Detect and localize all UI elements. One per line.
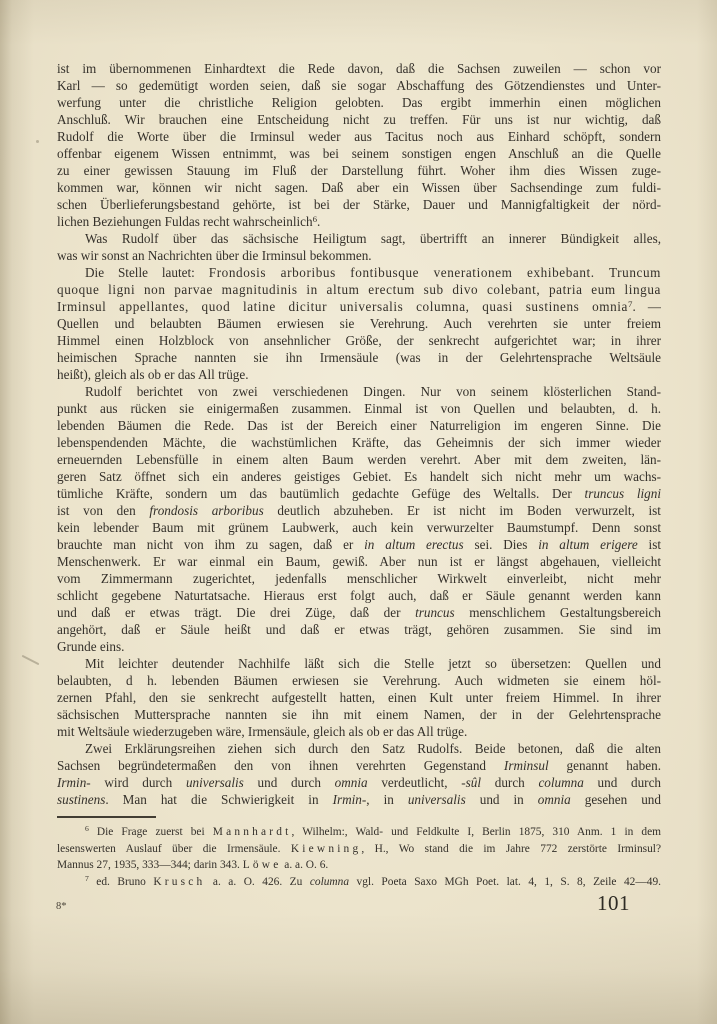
text-segment: Krusch <box>153 876 205 888</box>
text-line: Anschluß. Wir brauchen eine Entscheidung… <box>57 111 661 128</box>
text-segment: columna <box>538 775 583 790</box>
text-segment: werfung unter die christliche Religion g… <box>57 95 661 110</box>
text-segment: a. a. O. 426. Zu <box>205 876 309 888</box>
text-segment: ist im übernommenen Einhardtext die Rede… <box>57 61 661 76</box>
text-segment: lesenswerten Auslauf über die Irmensäule… <box>57 843 291 855</box>
text-segment: zernen Pfahl, den sie senkrecht aufgeste… <box>57 690 661 705</box>
text-segment: Irmin- <box>57 775 91 790</box>
text-segment: lebenspendenden Mächte, die wachstümlich… <box>57 435 661 450</box>
text-segment: ist <box>638 537 661 552</box>
text-segment: Mit leichter deutender Nachhilfe läßt si… <box>85 656 661 671</box>
text-segment: , Wilhelm:, Wald- und Feldkulte I, Berli… <box>291 826 661 838</box>
text-segment: sächsischen Muttersprache nannten sie ih… <box>57 707 661 722</box>
text-line: Quellen und belaubten Bäumen erwiesen si… <box>57 315 661 332</box>
text-segment: Rudolf berichtet von zwei verschiedenen … <box>85 384 661 399</box>
text-line: ist im übernommenen Einhardtext die Rede… <box>57 60 661 77</box>
text-segment: punkt aus rücken sie einigermaßen zusamm… <box>57 401 661 416</box>
text-line: Sachsen begründetermaßen den von ihnen v… <box>57 757 661 774</box>
text-segment: lichen Beziehungen Fuldas recht wahrsche… <box>57 214 313 229</box>
text-segment: in altum erigere <box>538 537 638 552</box>
text-segment: . — <box>632 299 661 314</box>
text-segment: . <box>317 214 320 229</box>
signature-mark: 8* <box>56 901 67 912</box>
text-line: zu einer gewissen Stauung im Fluß der Da… <box>57 162 661 179</box>
text-segment: brauchte man nicht von ihm zu sagen, daß… <box>57 537 364 552</box>
text-line: Mit leichter deutender Nachhilfe läßt si… <box>57 655 661 672</box>
text-line: Karl — so gedemütigt worden seien, daß s… <box>57 77 661 94</box>
text-line: lebenden Bäumen die Rede. Das ist der Be… <box>57 417 661 434</box>
text-segment: Irminsul appellantes, quod latine dicitu… <box>57 299 628 314</box>
text-segment: was wir sonst an Nachrichten über die Ir… <box>57 248 372 263</box>
text-line: sächsischen Muttersprache nannten sie ih… <box>57 706 661 723</box>
text-segment: truncus ligni <box>585 486 661 501</box>
text-segment: Karl — so gedemütigt worden seien, daß s… <box>57 78 661 93</box>
text-segment: zu einer gewissen Stauung im Fluß der Da… <box>57 163 661 178</box>
text-line: Irminsul appellantes, quod latine dicitu… <box>57 298 661 315</box>
text-segment: truncus <box>415 605 455 620</box>
text-line: Grunde eins. <box>57 638 661 655</box>
text-line: brauchte man nicht von ihm zu sagen, daß… <box>57 536 661 553</box>
text-segment: -sûl <box>461 775 481 790</box>
text-segment: schen Überlieferungsbestand gehörte, ist… <box>57 197 661 212</box>
text-segment: Sachsen begründetermaßen den von ihnen v… <box>57 758 504 773</box>
text-line: Irmin- wird durch universalis und durch … <box>57 774 661 791</box>
text-segment: omnia <box>538 792 571 807</box>
page-number: 101 <box>597 891 630 916</box>
text-line: angehört, daß er Säule heißt und daß er … <box>57 621 661 638</box>
text-segment: geren Satz öffnet sich ein anderes geist… <box>57 469 661 484</box>
text-line: ist von den frondosis arboribus deutlich… <box>57 502 661 519</box>
book-page: ist im übernommenen Einhardtext die Rede… <box>0 0 717 1024</box>
footnote-line: Mannus 27, 1935, 333—344; darin 343. Löw… <box>57 857 661 874</box>
text-line: was wir sonst an Nachrichten über die Ir… <box>57 247 661 264</box>
text-segment: Irmin- <box>333 792 367 807</box>
text-segment: tümliche Kräfte, sondern um das bautümli… <box>57 486 585 501</box>
text-segment: Irminsul <box>504 758 549 773</box>
text-segment: ist von den <box>57 503 149 518</box>
text-line: erneuernden Lebensfülle in einem alten B… <box>57 451 661 468</box>
text-line: punkt aus rücken sie einigermaßen zusamm… <box>57 400 661 417</box>
text-line: sustinens. Man hat die Schwierigkeit in … <box>57 791 661 808</box>
text-segment: erneuernden Lebensfülle in einem alten B… <box>57 452 661 467</box>
text-line: mit Weltsäule wiederzugeben wäre, Irmens… <box>57 723 661 740</box>
text-segment: universalis <box>186 775 244 790</box>
text-segment: Die Frage zuerst bei <box>89 826 213 838</box>
text-line: Menschenwerk. Er war einmal ein Baum, ge… <box>57 553 661 570</box>
text-line: Rudolf berichtet von zwei verschiedenen … <box>57 383 661 400</box>
text-line: Rudolf die Worte über die Irminsul weder… <box>57 128 661 145</box>
text-segment: Mannhardt <box>213 826 292 838</box>
text-segment: sei. Dies <box>464 537 539 552</box>
text-line: Himmel einen Holzblock von ansehnlicher … <box>57 332 661 349</box>
text-segment: heimischen Sprache nannten sie ihn Irmen… <box>57 350 661 365</box>
text-line: kein lebender Baum mit grünem Laubwerk, … <box>57 519 661 536</box>
text-segment: Mannus 27, 1935, 333—344; darin 343. <box>57 859 243 871</box>
text-line: heißt), gleich als ob er das All trüge. <box>57 366 661 383</box>
text-line: kommen war, können wir nicht sagen. Daß … <box>57 179 661 196</box>
text-line: zernen Pfahl, den sie senkrecht aufgeste… <box>57 689 661 706</box>
text-line: schen Überlieferungsbestand gehörte, ist… <box>57 196 661 213</box>
text-segment: genannt haben. <box>549 758 661 773</box>
footnote-marker: 6 <box>313 214 317 224</box>
footnote-separator <box>57 816 156 818</box>
text-segment: schlicht gegebene Naturtatsache. Hieraus… <box>57 588 661 603</box>
text-line: geren Satz öffnet sich ein anderes geist… <box>57 468 661 485</box>
text-segment: Die Stelle lautet: <box>85 265 209 280</box>
text-segment: , in <box>366 792 408 807</box>
text-segment: Grunde eins. <box>57 639 124 654</box>
text-segment: Anschluß. Wir brauchen eine Entscheidung… <box>57 112 661 127</box>
text-segment: Kiewning <box>291 843 361 855</box>
text-segment: kommen war, können wir nicht sagen. Daß … <box>57 180 661 195</box>
text-segment: lebenden Bäumen die Rede. Das ist der Be… <box>57 418 661 433</box>
text-segment: angehört, daß er Säule heißt und daß er … <box>57 622 661 637</box>
text-line: und daß er etwas trägt. Die drei Züge, d… <box>57 604 661 621</box>
text-line: heimischen Sprache nannten sie ihn Irmen… <box>57 349 661 366</box>
text-segment: verdeutlicht, <box>368 775 462 790</box>
text-line: tümliche Kräfte, sondern um das bautümli… <box>57 485 661 502</box>
text-segment: belaubten, d h. lebenden Bäumen erwiesen… <box>57 673 661 688</box>
text-segment: durch <box>481 775 538 790</box>
text-segment: vom Zimmermann zugerichtet, jedenfalls m… <box>57 571 661 586</box>
footnotes: 6 Die Frage zuerst bei Mannhardt, Wilhel… <box>57 824 661 890</box>
text-segment: universalis <box>408 792 466 807</box>
text-line: quoque ligni non parvae magnitudinis in … <box>57 281 661 298</box>
footnote-marker: 7 <box>628 299 632 309</box>
text-segment: und durch <box>584 775 661 790</box>
text-segment: kein lebender Baum mit grünem Laubwerk, … <box>57 520 661 535</box>
text-line: werfung unter die christliche Religion g… <box>57 94 661 111</box>
footnote-marker: 6 <box>85 824 89 833</box>
text-line: belaubten, d h. lebenden Bäumen erwiesen… <box>57 672 661 689</box>
text-segment: a. a. O. 6. <box>281 859 328 871</box>
text-segment: Zwei Erklärungsreihen ziehen sich durch … <box>85 741 661 756</box>
text-segment: offenbar eigenem Wissen entnimmt, was be… <box>57 146 661 161</box>
footnote-line: lesenswerten Auslauf über die Irmensäule… <box>57 841 661 858</box>
text-segment: Quellen und belaubten Bäumen erwiesen si… <box>57 316 661 331</box>
text-segment: und in <box>466 792 538 807</box>
footnote-line: 7 ed. Bruno Krusch a. a. O. 426. Zu colu… <box>57 874 661 891</box>
text-segment: heißt), gleich als ob er das All trüge. <box>57 367 249 382</box>
text-segment: Löwe <box>243 859 282 871</box>
paper-speck <box>36 140 39 143</box>
text-segment: deutlich abzuheben. Er ist nicht im Bode… <box>264 503 661 518</box>
text-segment: wird durch <box>91 775 186 790</box>
text-segment: und durch <box>244 775 335 790</box>
text-segment: quoque ligni non parvae magnitudinis in … <box>57 282 661 297</box>
text-segment: omnia <box>335 775 368 790</box>
text-line: Die Stelle lautet: Frondosis arboribus f… <box>57 264 661 281</box>
text-segment: vgl. Poeta Saxo MGh Poet. lat. 4, 1, S. … <box>349 876 661 888</box>
text-line: Was Rudolf über das sächsische Heiligtum… <box>57 230 661 247</box>
text-segment: und daß er etwas trägt. Die drei Züge, d… <box>57 605 415 620</box>
text-segment: sustinens <box>57 792 105 807</box>
text-line: offenbar eigenem Wissen entnimmt, was be… <box>57 145 661 162</box>
text-segment: . Man hat die Schwierigkeit in <box>105 792 332 807</box>
text-segment: Rudolf die Worte über die Irminsul weder… <box>57 129 661 144</box>
pencil-mark <box>22 655 40 665</box>
text-segment: mit Weltsäule wiederzugeben wäre, Irmens… <box>57 724 467 739</box>
text-segment: Menschenwerk. Er war einmal ein Baum, ge… <box>57 554 661 569</box>
text-segment: in altum erectus <box>364 537 464 552</box>
text-segment: , H., Wo stand die im Jahre 772 zerstört… <box>361 843 661 855</box>
page-body-text: ist im übernommenen Einhardtext die Rede… <box>57 60 661 808</box>
text-segment: ed. Bruno <box>89 876 154 888</box>
text-segment: Was Rudolf über das sächsische Heiligtum… <box>85 231 661 246</box>
text-line: Zwei Erklärungsreihen ziehen sich durch … <box>57 740 661 757</box>
footnote-marker: 7 <box>85 874 89 883</box>
text-segment: columna <box>310 876 349 888</box>
text-segment: frondosis arboribus <box>149 503 263 518</box>
text-line: lichen Beziehungen Fuldas recht wahrsche… <box>57 213 661 230</box>
text-segment: Frondosis arboribus fontibusque venerati… <box>209 265 661 280</box>
text-line: vom Zimmermann zugerichtet, jedenfalls m… <box>57 570 661 587</box>
text-line: schlicht gegebene Naturtatsache. Hieraus… <box>57 587 661 604</box>
text-segment: Himmel einen Holzblock von ansehnlicher … <box>57 333 661 348</box>
text-segment: menschlichem Gestaltungsbereich <box>455 605 661 620</box>
footnote-line: 6 Die Frage zuerst bei Mannhardt, Wilhel… <box>57 824 661 841</box>
text-segment: gesehen und <box>571 792 661 807</box>
text-line: lebenspendenden Mächte, die wachstümlich… <box>57 434 661 451</box>
